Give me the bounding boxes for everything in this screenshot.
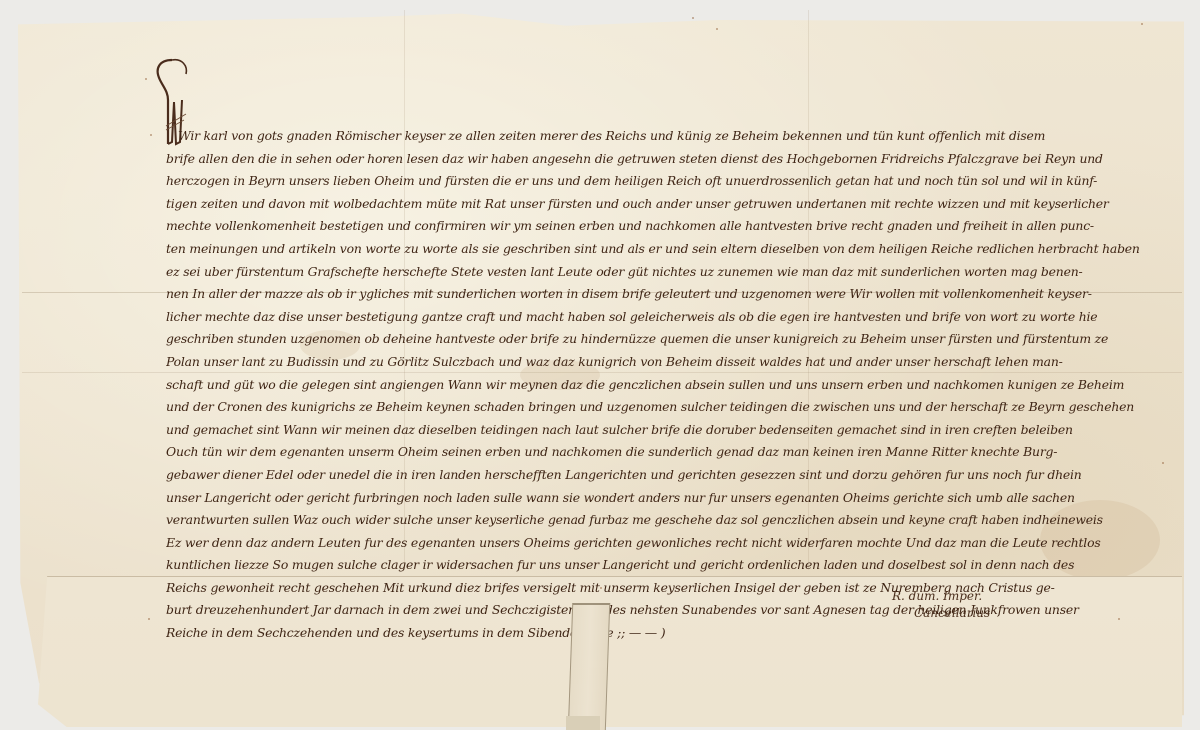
text-line: Reiche in dem Sechczehenden und des keys… xyxy=(166,623,1146,646)
document-scan: Wir karl von gots gnaden Römischer keyse… xyxy=(0,0,1200,730)
text-line: verantwurten sullen Waz ouch wider sulch… xyxy=(166,510,1146,533)
text-line: Polan unser lant zu Budissin und zu Görl… xyxy=(166,352,1146,375)
text-line: Reichs gewonheit recht geschehen Mit urk… xyxy=(166,578,1146,601)
text-line: ez sei uber fürstentum Grafschefte hersc… xyxy=(166,262,1146,285)
speck xyxy=(716,28,718,30)
chancery-note-line: R. dum. Imper. xyxy=(892,588,990,605)
speck xyxy=(148,618,150,620)
text-line: licher mechte daz dise unser bestetigung… xyxy=(166,307,1146,330)
text-line: Wir karl von gots gnaden Römischer keyse… xyxy=(166,126,1146,149)
chancery-note: R. dum. Imper. Cancellarius xyxy=(892,588,990,622)
text-line: kuntlichen liezze So mugen sulche clager… xyxy=(166,555,1146,578)
speck xyxy=(145,78,147,80)
text-line: geschriben stunden uzgenomen ob deheine … xyxy=(166,329,1146,352)
text-line: schaft und güt wo die gelegen sint angie… xyxy=(166,375,1146,398)
speck xyxy=(1162,462,1164,464)
text-line: gebawer diener Edel oder unedel die in i… xyxy=(166,465,1146,488)
chancery-note-line: Cancellarius xyxy=(892,605,990,622)
seal-parchment-tag xyxy=(568,603,611,730)
speck xyxy=(1118,618,1120,620)
text-line: und der Cronen des kunigrichs ze Beheim … xyxy=(166,397,1146,420)
text-line: burt dreuzehenhundert Jar darnach in dem… xyxy=(166,600,1146,623)
text-line: herczogen in Beyrn unsers lieben Oheim u… xyxy=(166,171,1146,194)
text-line: und gemachet sint Wann wir meinen daz di… xyxy=(166,420,1146,443)
text-line: mechte vollenkomenheit bestetigen und co… xyxy=(166,216,1146,239)
text-line: tigen zeiten und davon mit wolbedachtem … xyxy=(166,194,1146,217)
text-line: ten meinungen und artikeln von worte zu … xyxy=(166,239,1146,262)
speck xyxy=(1141,23,1143,25)
speck xyxy=(150,134,152,136)
text-line: brife allen den die in sehen oder horen … xyxy=(166,149,1146,172)
text-line: Ez wer denn daz andern Leuten fur des eg… xyxy=(166,533,1146,556)
speck xyxy=(600,587,602,589)
text-line: nen In aller der mazze als ob ir ygliche… xyxy=(166,284,1146,307)
text-line: Ouch tün wir dem egenanten unserm Oheim … xyxy=(166,442,1146,465)
speck xyxy=(692,17,694,19)
seal-tag-end xyxy=(566,716,600,730)
text-line: unser Langericht oder gericht furbringen… xyxy=(166,488,1146,511)
charter-text: Wir karl von gots gnaden Römischer keyse… xyxy=(166,126,1146,646)
